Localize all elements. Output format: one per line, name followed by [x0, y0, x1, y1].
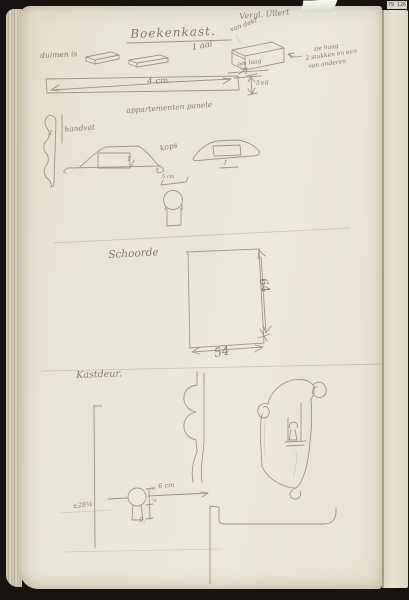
archive-corner-label: 79 126 [387, 1, 407, 9]
paper-tab [301, 0, 338, 13]
scanned-sketchbook-photo: { "scan": { "background_color": "#17140f… [0, 0, 409, 600]
adjacent-page-edge [382, 10, 408, 588]
sketchbook-page [20, 6, 382, 589]
